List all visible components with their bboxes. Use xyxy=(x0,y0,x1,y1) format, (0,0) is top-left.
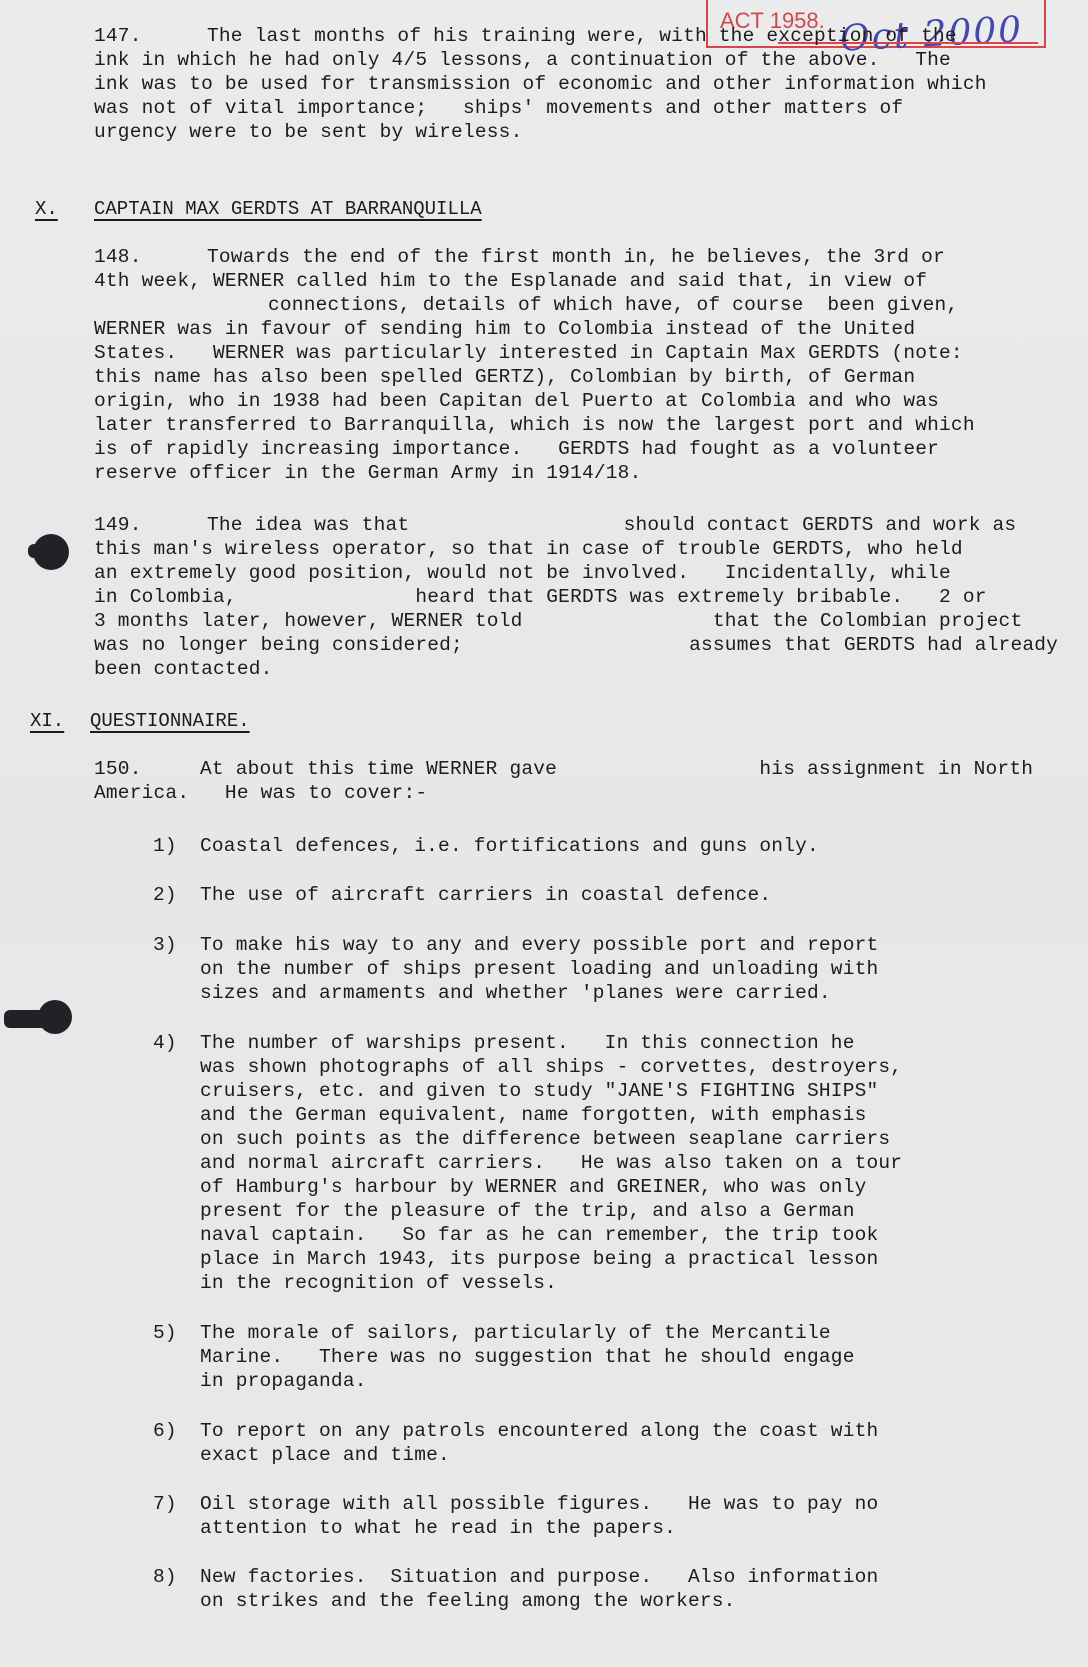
list-item-line: present for the pleasure of the trip, an… xyxy=(200,1199,855,1223)
list-item-line: was shown photographs of all ships - cor… xyxy=(200,1055,902,1079)
list-item-line: on such points as the difference between… xyxy=(200,1127,890,1151)
paragraph-line: is of rapidly increasing importance. GER… xyxy=(94,437,939,461)
list-item-line: attention to what he read in the papers. xyxy=(200,1516,676,1540)
paragraph-line: States. WERNER was particularly interest… xyxy=(94,341,963,365)
list-item-line: New factories. Situation and purpose. Al… xyxy=(200,1565,878,1589)
list-item-number: 2) xyxy=(153,883,177,907)
list-item-line: on the number of ships present loading a… xyxy=(200,957,878,981)
list-item-line: Oil storage with all possible figures. H… xyxy=(200,1492,878,1516)
section-title: QUESTIONNAIRE. xyxy=(90,710,250,732)
list-item-line: naval captain. So far as he can remember… xyxy=(200,1223,878,1247)
paragraph-line: 4th week, WERNER called him to the Espla… xyxy=(94,269,927,293)
list-item-number: 3) xyxy=(153,933,177,957)
paragraph-line: in Colombia, heard that GERDTS was extre… xyxy=(94,585,987,609)
paragraph-line: The idea was that should contact GERDTS … xyxy=(207,513,1016,537)
paragraph-line: was not of vital importance; ships' move… xyxy=(94,96,903,120)
list-item-line: To report on any patrols encountered alo… xyxy=(200,1419,878,1443)
paragraph-line: At about this time WERNER gave his assig… xyxy=(200,757,1033,781)
paragraph-number: 147. xyxy=(94,24,142,48)
list-item-line: The number of warships present. In this … xyxy=(200,1031,855,1055)
list-item-line: in propaganda. xyxy=(200,1369,367,1393)
list-item-line: of Hamburg's harbour by WERNER and GREIN… xyxy=(200,1175,867,1199)
paragraph-line: origin, who in 1938 had been Capitan del… xyxy=(94,389,939,413)
section-number: X. xyxy=(35,198,58,220)
list-item-line: The morale of sailors, particularly of t… xyxy=(200,1321,831,1345)
paragraph-line: been contacted. xyxy=(94,657,273,681)
paragraph-line: reserve officer in the German Army in 19… xyxy=(94,461,642,485)
paragraph-line: ink was to be used for transmission of e… xyxy=(94,72,987,96)
paragraph-line: Towards the end of the first month in, h… xyxy=(207,245,945,269)
paragraph-line: an extremely good position, would not be… xyxy=(94,561,951,585)
list-item-line: and the German equivalent, name forgotte… xyxy=(200,1103,867,1127)
list-item-line: place in March 1943, its purpose being a… xyxy=(200,1247,878,1271)
list-item-line: Marine. There was no suggestion that he … xyxy=(200,1345,855,1369)
paragraph-line: connections, details of which have, of c… xyxy=(268,293,958,317)
list-item-line: The use of aircraft carriers in coastal … xyxy=(200,883,771,907)
paragraph-line: this name has also been spelled GERTZ), … xyxy=(94,365,915,389)
list-item-line: cruisers, etc. and given to study "JANE'… xyxy=(200,1079,878,1103)
list-item-number: 7) xyxy=(153,1492,177,1516)
paragraph-line: later transferred to Barranquilla, which… xyxy=(94,413,975,437)
paragraph-line: ink in which he had only 4/5 lessons, a … xyxy=(94,48,951,72)
paragraph-number: 149. xyxy=(94,513,142,537)
list-item-line: sizes and armaments and whether 'planes … xyxy=(200,981,831,1005)
list-item-number: 5) xyxy=(153,1321,177,1345)
paragraph-line: was no longer being considered; assumes … xyxy=(94,633,1058,657)
list-item-number: 6) xyxy=(153,1419,177,1443)
paragraph-line: urgency were to be sent by wireless. xyxy=(94,120,522,144)
punch-hole-tail xyxy=(28,544,42,558)
paragraph-line: 3 months later, however, WERNER told tha… xyxy=(94,609,1022,633)
list-item-number: 8) xyxy=(153,1565,177,1589)
list-item-number: 4) xyxy=(153,1031,177,1055)
paragraph-line: The last months of his training were, wi… xyxy=(207,24,957,48)
list-item-number: 1) xyxy=(153,834,177,858)
list-item-line: To make his way to any and every possibl… xyxy=(200,933,878,957)
list-item-line: Coastal defences, i.e. fortifications an… xyxy=(200,834,819,858)
punch-hole-tail xyxy=(4,1010,48,1028)
section-title: CAPTAIN MAX GERDTS AT BARRANQUILLA xyxy=(94,198,482,220)
list-item-line: exact place and time. xyxy=(200,1443,450,1467)
paragraph-line: America. He was to cover:- xyxy=(94,781,427,805)
paragraph-line: WERNER was in favour of sending him to C… xyxy=(94,317,915,341)
list-item-line: in the recognition of vessels. xyxy=(200,1271,557,1295)
list-item-line: and normal aircraft carriers. He was als… xyxy=(200,1151,902,1175)
paragraph-number: 150. xyxy=(94,757,142,781)
paragraph-number: 148. xyxy=(94,245,142,269)
document-page: ACT 1958. Oct 2000 147. The last months … xyxy=(0,0,1088,1667)
section-number: XI. xyxy=(30,710,64,732)
paragraph-line: this man's wireless operator, so that in… xyxy=(94,537,963,561)
list-item-line: on strikes and the feeling among the wor… xyxy=(200,1589,736,1613)
